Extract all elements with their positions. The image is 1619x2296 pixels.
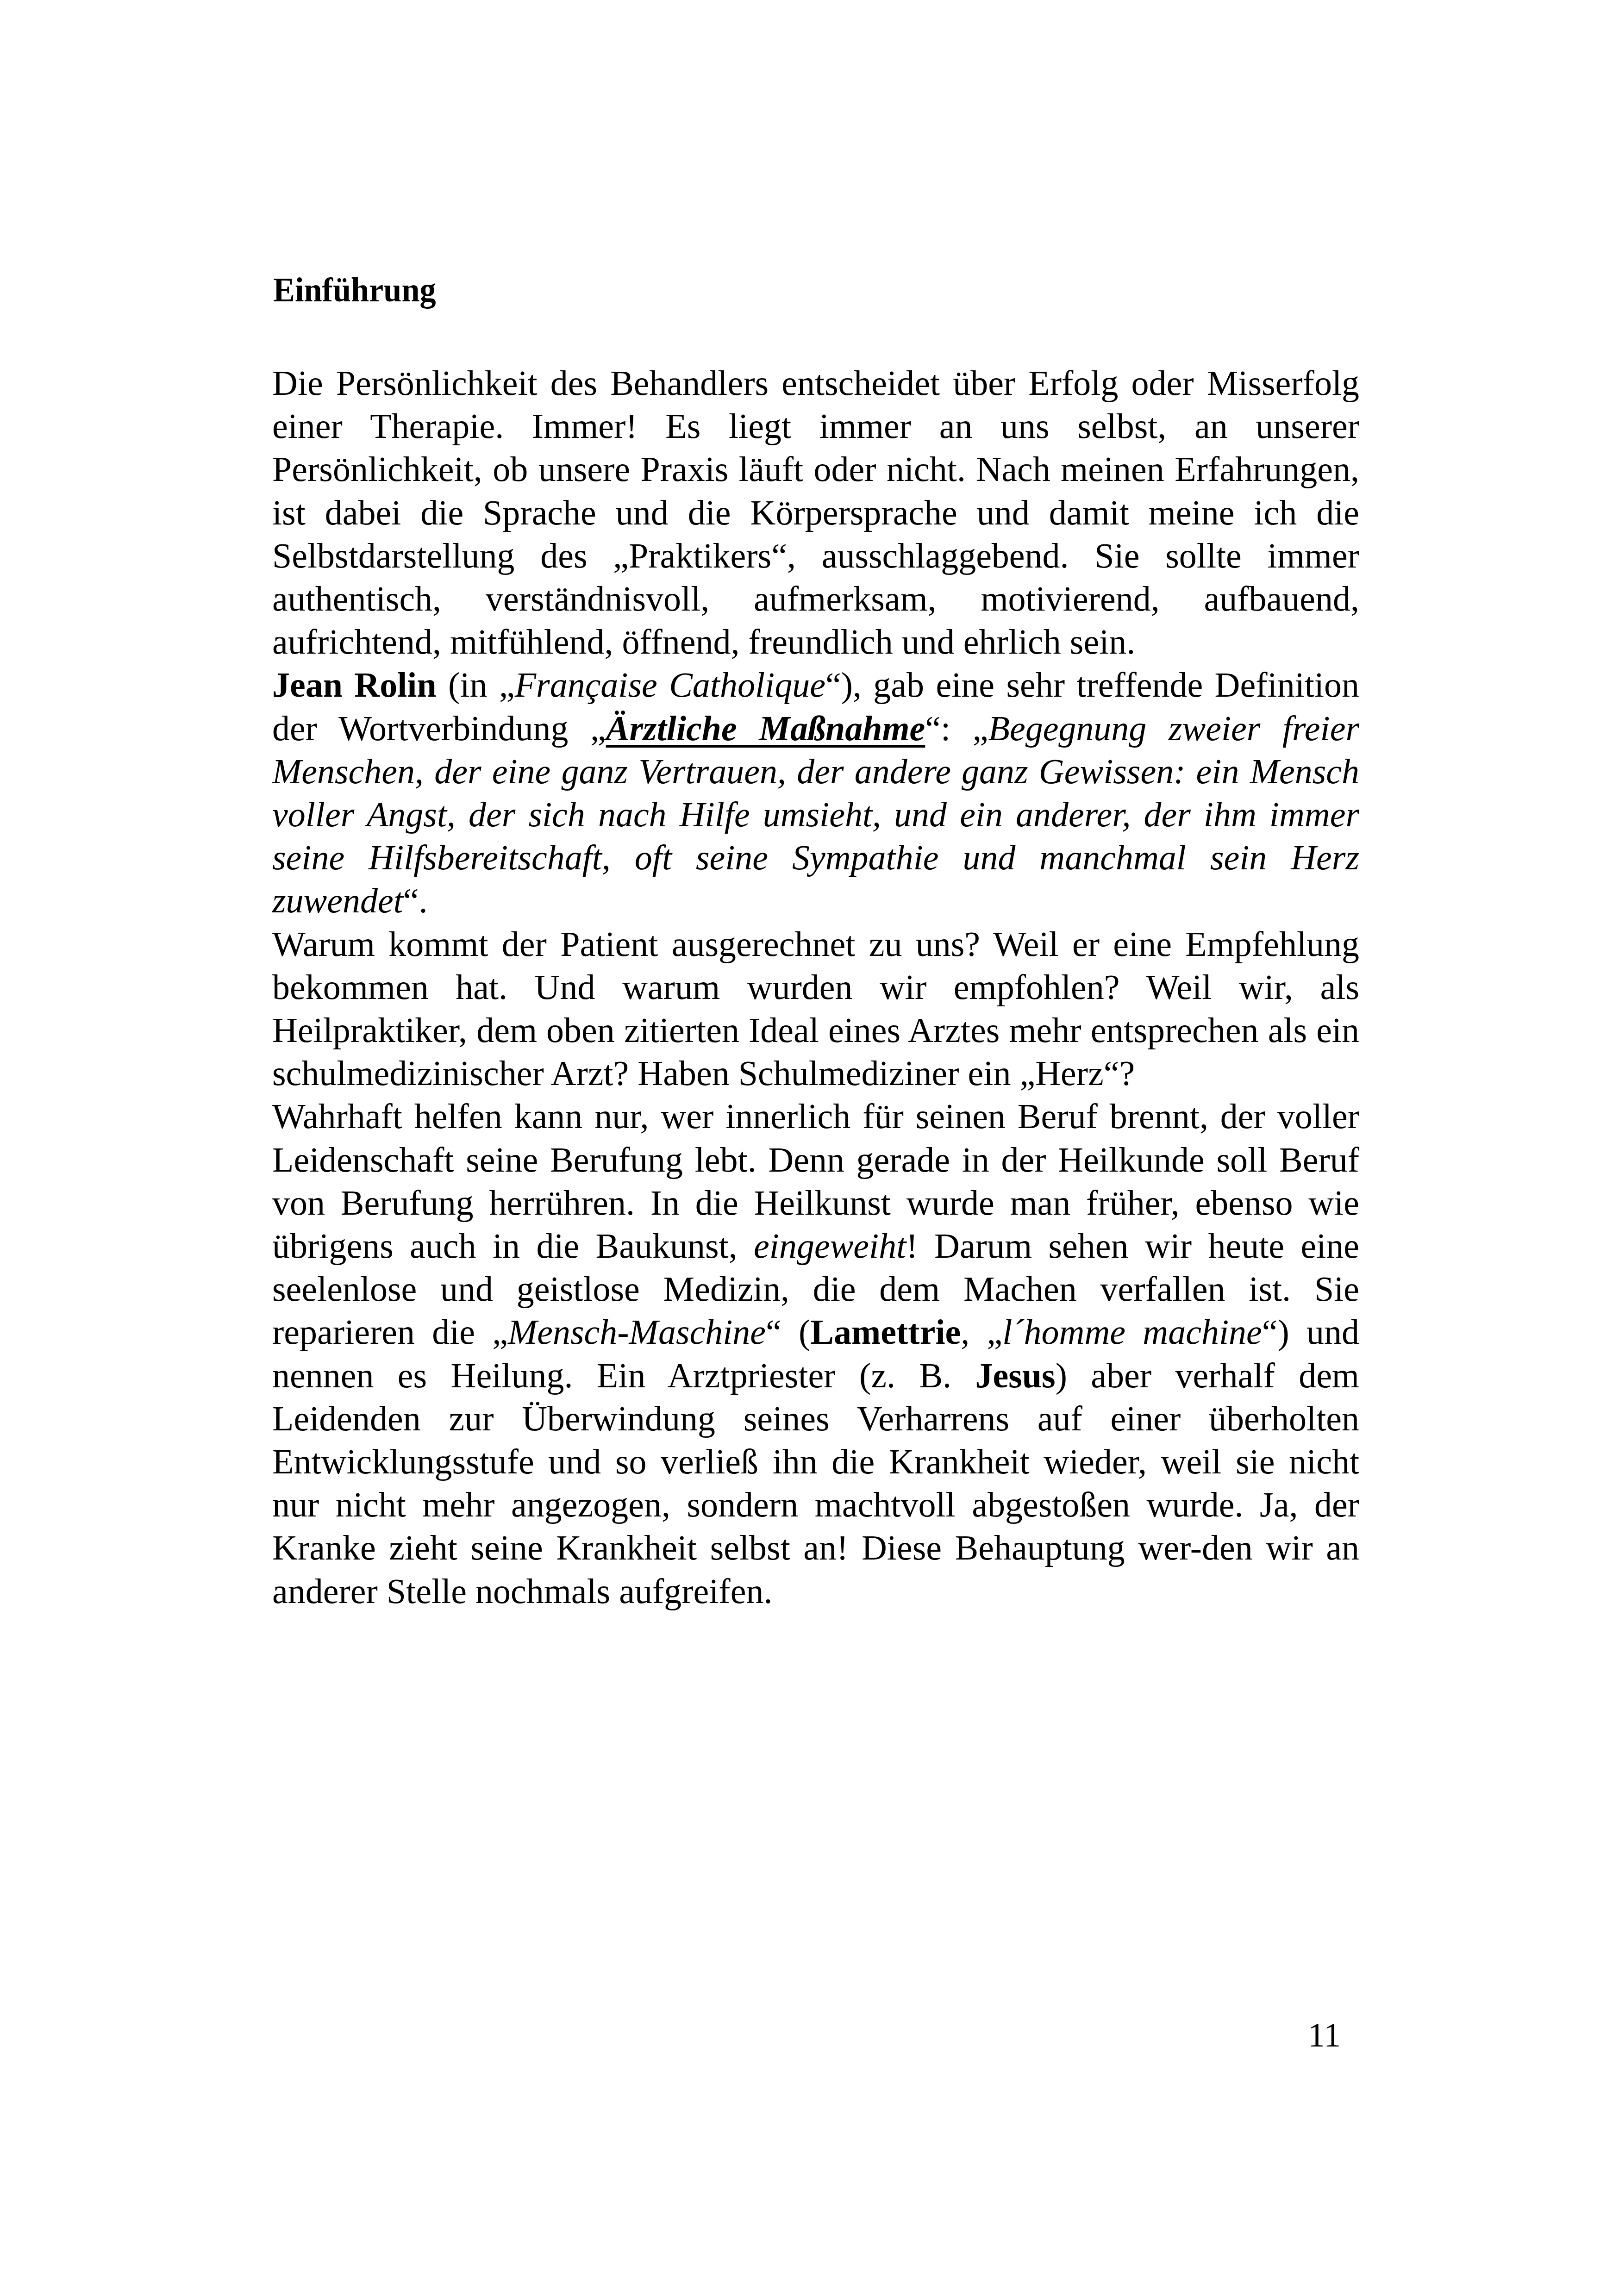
name-jesus: Jesus: [975, 1356, 1055, 1395]
body-text: Die Persönlichkeit des Behandlers entsch…: [272, 362, 1359, 1613]
publication-title: Française Catholique: [515, 666, 825, 705]
text-run: Warum kommt der Patient ausgerechnet zu …: [272, 925, 1359, 1093]
author-name-lamettrie: Lamettrie: [810, 1313, 961, 1352]
italic-term: Mensch-Maschine: [508, 1313, 766, 1352]
text-run: “: „: [925, 709, 988, 748]
emphasized-term: Ärztliche Maßnahme: [606, 709, 925, 748]
paragraph-healing: Wahrhaft helfen kann nur, wer innerlich …: [272, 1095, 1359, 1613]
text-run: Die Persönlichkeit des Behandlers entsch…: [272, 364, 1359, 661]
page-number: 11: [1308, 2018, 1341, 2053]
text-run: (in „: [437, 666, 515, 705]
italic-term: l´homme machine: [1002, 1313, 1262, 1352]
text-run: “ (: [766, 1313, 810, 1352]
section-heading: Einführung: [273, 273, 436, 307]
paragraph-intro: Die Persönlichkeit des Behandlers entsch…: [272, 362, 1359, 664]
italic-term: eingeweiht: [754, 1227, 906, 1266]
author-name-rolin: Jean Rolin: [272, 666, 437, 705]
text-run: “.: [403, 881, 428, 920]
document-page: Einführung Die Persönlichkeit des Behand…: [0, 0, 1619, 2296]
text-run: , „: [961, 1313, 1002, 1352]
paragraph-rolin-quote: Jean Rolin (in „Française Catholique“), …: [272, 664, 1359, 923]
paragraph-patient: Warum kommt der Patient ausgerechnet zu …: [272, 923, 1359, 1096]
